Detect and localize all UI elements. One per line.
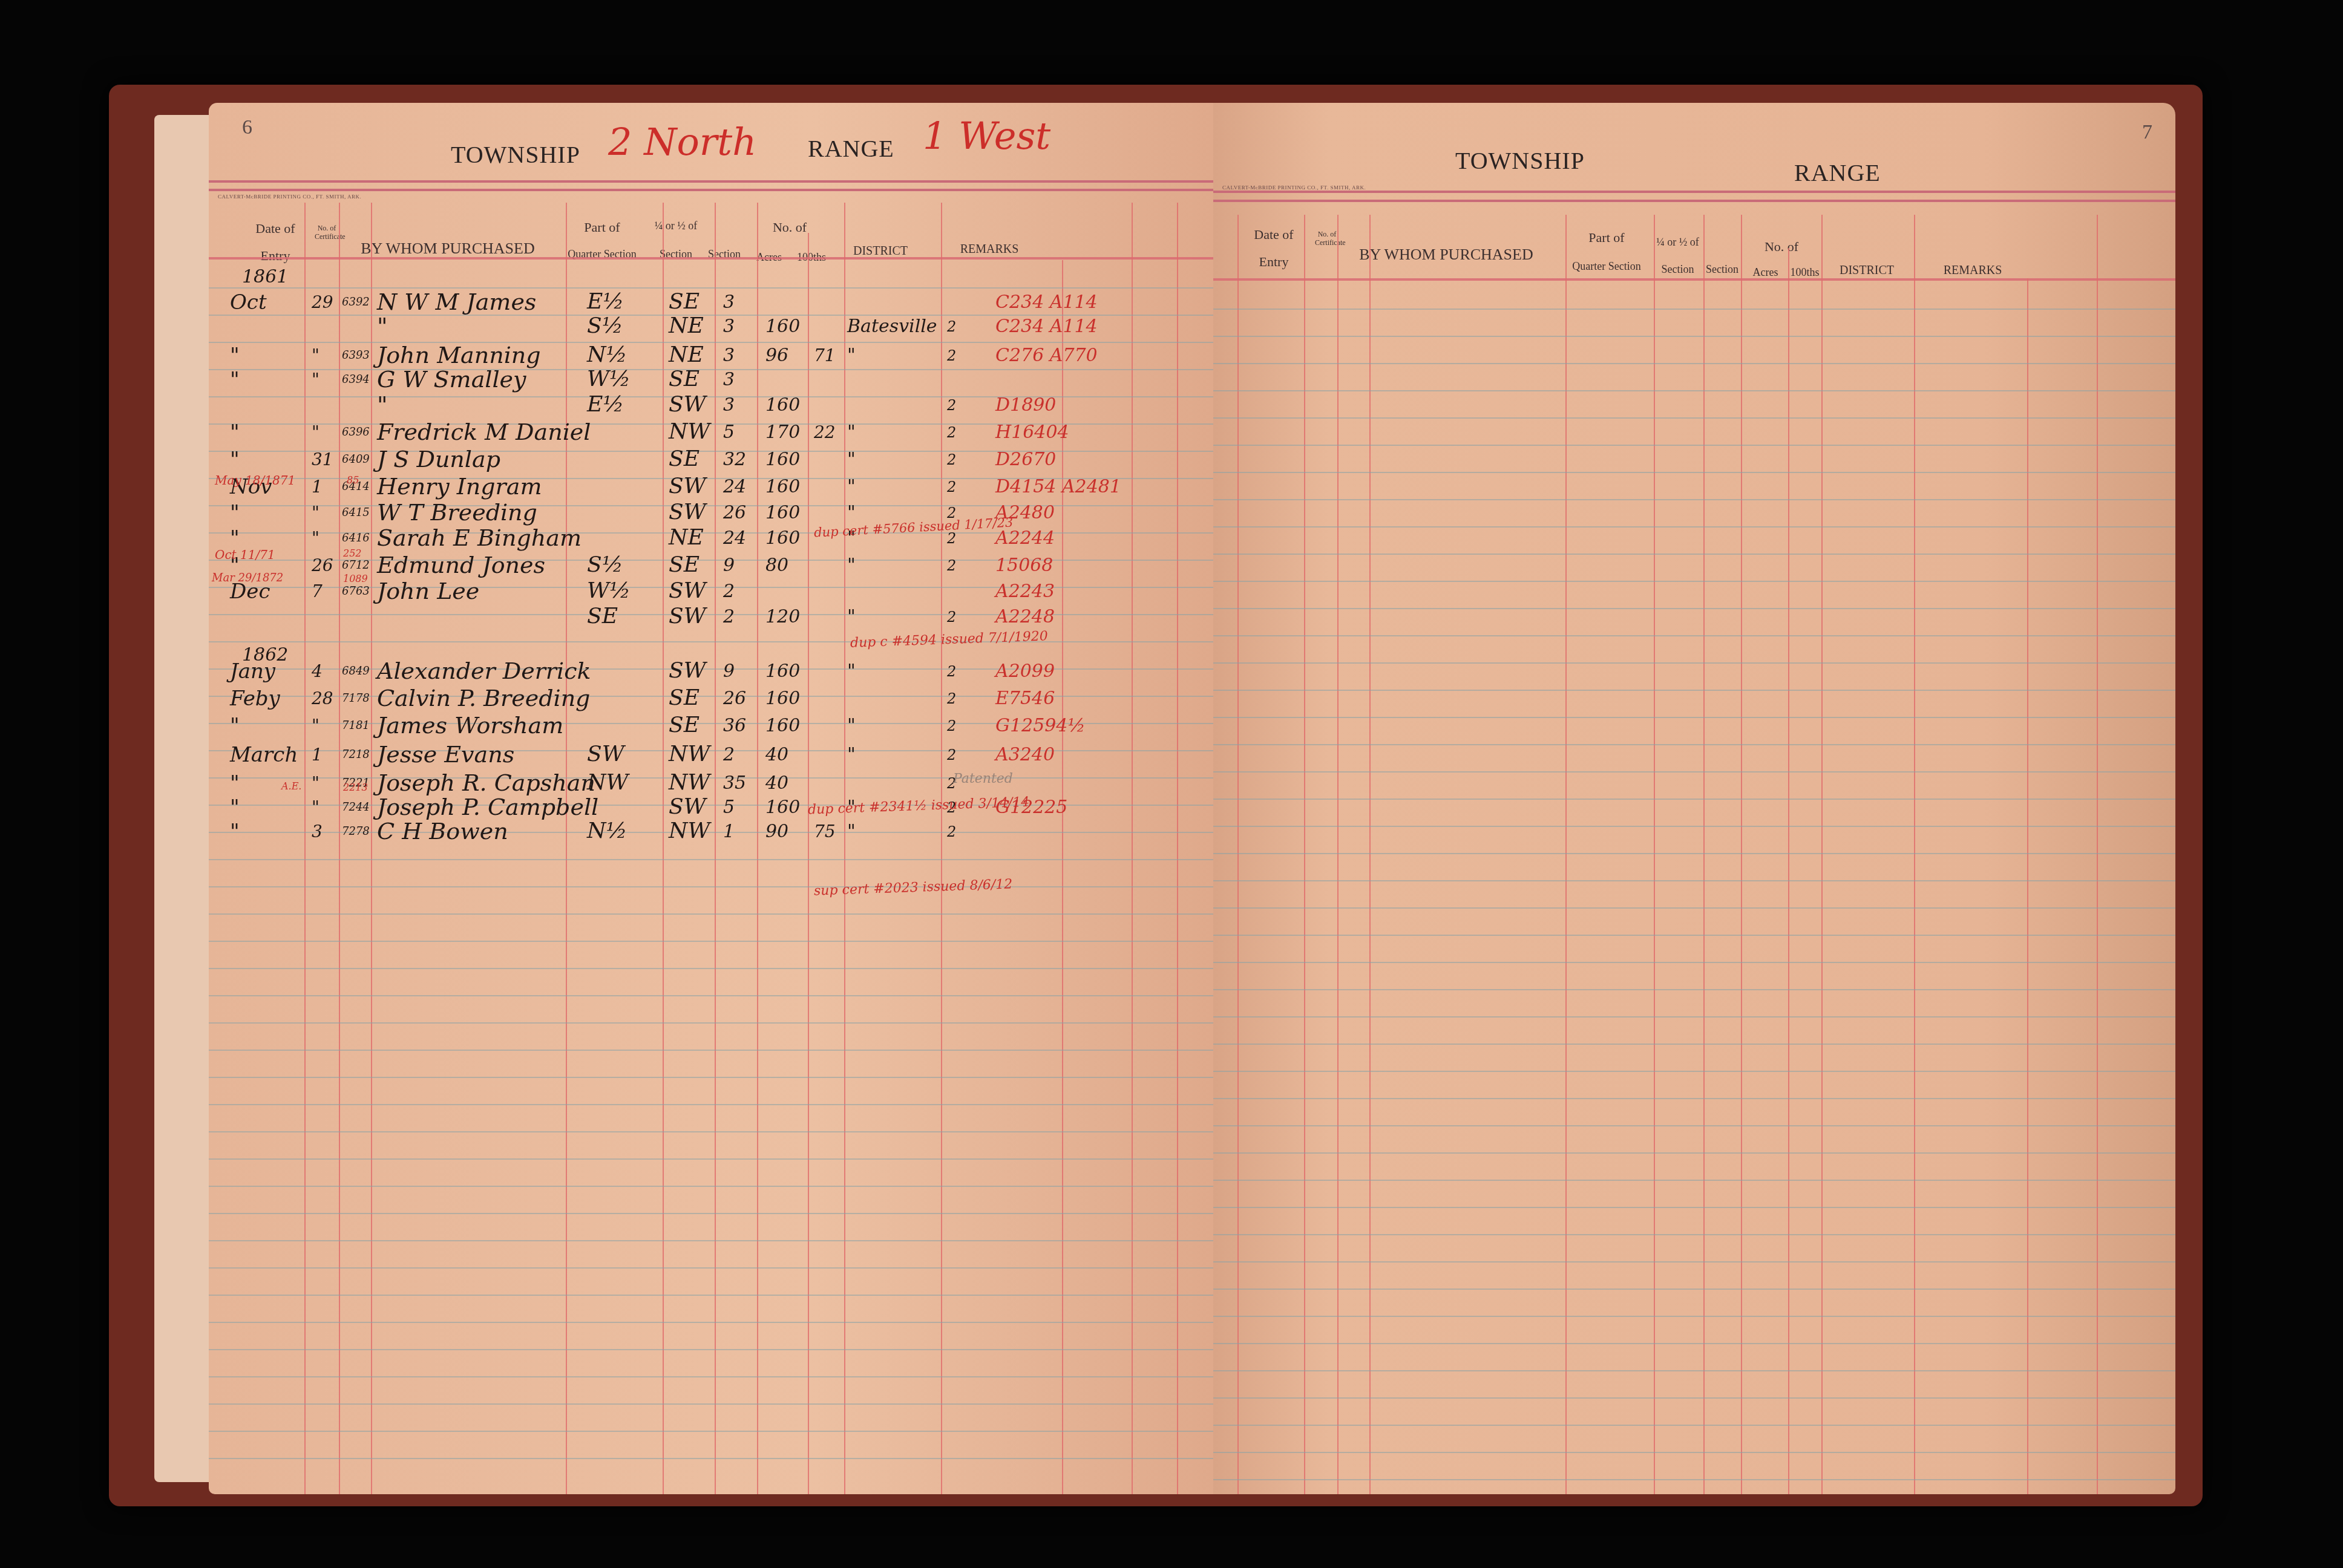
ruled-line (1213, 690, 2175, 691)
acres: 160 (765, 316, 800, 337)
ruled-line (1213, 1180, 2175, 1181)
right-page: 7 TOWNSHIP RANGE CALVERT-McBRIDE PRINTIN… (1213, 103, 2175, 1494)
purchaser-name: J S Dunlap (377, 446, 500, 472)
purchaser-name: N W M James (377, 289, 536, 315)
ruled-line (1213, 1479, 2175, 1480)
section-number: 26 (723, 502, 746, 523)
column-divider (1654, 215, 1655, 1494)
district: " (847, 821, 856, 842)
entry-month: " (230, 795, 240, 820)
remark: 2 (947, 609, 956, 626)
part-of-quarter: NW (587, 770, 629, 795)
quarter-section: NW (669, 419, 710, 444)
ruled-line (1213, 417, 2175, 419)
remark: 2 (947, 479, 956, 495)
ruled-line (209, 396, 1213, 397)
certificate-number: 6393 (342, 349, 370, 362)
header-rule (1213, 200, 2175, 202)
quarter-section: NE (669, 342, 704, 367)
section-number: 3 (723, 369, 735, 390)
purchaser-name: Alexander Derrick (377, 658, 591, 684)
acres: 160 (765, 502, 800, 523)
col-quarter-half: ¼ or ½ of (1652, 236, 1703, 249)
purchaser-name: Calvin P. Breeding (377, 685, 590, 711)
part-of-quarter: S½ (587, 313, 623, 338)
section-number: 3 (723, 345, 735, 366)
left-page: 6 TOWNSHIP 2 North RANGE 1 West CALVERT-… (209, 103, 1213, 1494)
quarter-section: NE (669, 525, 704, 550)
entry-day: 26 (312, 555, 333, 575)
margin-cert-dunlap: 252 (343, 547, 362, 559)
column-divider (1304, 215, 1305, 1494)
section-number: 26 (723, 688, 746, 709)
purchaser-name: " (377, 391, 387, 418)
col-purchaser: BY WHOM PURCHASED (1346, 245, 1546, 264)
ruled-line (1213, 1425, 2175, 1426)
reference-code: 15068 (995, 555, 1053, 576)
ruled-line (1213, 1044, 2175, 1045)
acres: 96 (765, 345, 788, 366)
part-of-quarter: W½ (587, 578, 631, 603)
certificate-number: 6763 (342, 585, 370, 598)
ruled-line (1213, 1397, 2175, 1399)
ruled-line (1213, 390, 2175, 391)
purchaser-name: Sarah E Bingham (377, 524, 582, 551)
ruled-line (209, 1295, 1213, 1296)
header-rule (209, 180, 1213, 183)
acres: 160 (765, 476, 800, 497)
certificate-number: 6394 (342, 373, 370, 386)
certificate-number: 6409 (342, 453, 370, 466)
col-hundredths: 100ths (1788, 266, 1821, 279)
col-part-of: Part of (560, 220, 644, 235)
purchaser-name: Joseph R. Capshan (377, 769, 595, 796)
reference-code: C276 A770 (995, 345, 1098, 366)
entry-day: " (312, 503, 319, 523)
remark: 2 (947, 318, 956, 335)
reference-code: A2243 (995, 581, 1055, 602)
printer-imprint: CALVERT-McBRIDE PRINTING CO., FT. SMITH,… (1222, 185, 1366, 191)
ruled-line (209, 1376, 1213, 1377)
quarter-section: SE (669, 685, 700, 710)
reference-code: E7546 (995, 688, 1055, 709)
ruled-line (209, 1458, 1213, 1459)
col-quarter-section: Quarter Section (1564, 260, 1649, 273)
section-number: 9 (723, 555, 735, 576)
district: " (847, 476, 856, 497)
printer-imprint: CALVERT-McBRIDE PRINTING CO., FT. SMITH,… (218, 194, 361, 200)
ruled-line (1213, 445, 2175, 446)
entry-day: 28 (312, 688, 333, 708)
ruled-line (1213, 826, 2175, 827)
entry-day: 1 (312, 745, 323, 765)
quarter-section: SW (669, 392, 706, 417)
column-headers: Date of Entry No. of Certificate BY WHOM… (1213, 212, 2175, 369)
range-label: RANGE (1794, 158, 1881, 187)
ruled-line (1213, 526, 2175, 528)
purchaser-name: Jesse Evans (377, 741, 514, 768)
remark: 2 (947, 424, 956, 441)
col-cert: No. of Certificate (1315, 230, 1339, 247)
ruled-line (1213, 472, 2175, 473)
certificate-number: 6416 (342, 532, 370, 544)
acres: 40 (765, 773, 788, 794)
entry-day: " (312, 797, 319, 817)
district: Batesville (847, 316, 937, 337)
certificate-number: 6392 (342, 296, 370, 309)
column-divider (808, 233, 809, 1494)
certificate-number: 7218 (342, 748, 370, 761)
acres: 160 (765, 394, 800, 416)
purchaser-name: Joseph P. Campbell (377, 794, 598, 820)
acres: 90 (765, 821, 788, 842)
col-part-of: Part of (1564, 230, 1649, 246)
column-divider (1914, 215, 1915, 1494)
quarter-section: SW (669, 500, 706, 524)
entry-month: " (230, 820, 240, 844)
section-number: 3 (723, 292, 735, 313)
reference-code: A2248 (995, 606, 1055, 627)
purchaser-name: G W Smalley (377, 366, 526, 393)
ruled-line (1213, 880, 2175, 881)
quarter-section: SW (669, 604, 706, 629)
ruled-line (209, 1349, 1213, 1350)
part-of-quarter: E½ (587, 392, 624, 417)
part-of-quarter: W½ (587, 367, 631, 391)
entry-month: " (230, 501, 240, 525)
quarter-section: NW (669, 818, 710, 843)
certificate-number: 7244 (342, 801, 370, 814)
certificate-number: 7278 (342, 825, 370, 838)
section-number: 32 (723, 449, 746, 470)
margin-cert-ingram: 1089 (343, 573, 368, 584)
col-date-of: Date of (242, 221, 309, 237)
certificate-number: 6415 (342, 506, 370, 519)
purchaser-name: Fredrick M Daniel (377, 419, 591, 445)
margin-cert-breeding: 2213 (343, 782, 368, 793)
acres: 170 (765, 422, 800, 443)
col-district: DISTRICT (835, 244, 926, 258)
quarter-section: NW (669, 742, 710, 766)
purchaser-name: John Lee (377, 578, 479, 604)
column-divider (1062, 260, 1063, 1494)
ruled-line (1213, 717, 2175, 718)
header-rule (209, 189, 1213, 191)
ruled-line (1213, 853, 2175, 854)
entry-day: 3 (312, 822, 323, 841)
entry-day: 29 (312, 292, 333, 312)
entry-month: Feby (230, 687, 280, 711)
annotation-bingham: dup c #4594 issued 7/1/1920 (850, 629, 1048, 650)
ruled-line (209, 859, 1213, 860)
acres: 160 (765, 797, 800, 818)
remark: 2 (947, 451, 956, 468)
township-label: TOWNSHIP (1455, 146, 1585, 175)
ruled-line (1213, 962, 2175, 963)
margin-cert-smalley: 85 (347, 474, 359, 486)
reference-code: D2670 (995, 449, 1056, 470)
acres-hundredths: 75 (814, 822, 836, 841)
acres: 120 (765, 606, 800, 627)
district: " (847, 715, 856, 736)
district: " (847, 345, 856, 366)
reference-code: C234 A114 (995, 292, 1098, 313)
ruled-line (1213, 1370, 2175, 1371)
column-divider (1237, 215, 1239, 1494)
reference-code: A3240 (995, 744, 1055, 765)
column-divider (1369, 215, 1371, 1494)
reference-code: D4154 A2481 (995, 476, 1121, 497)
col-no-of: No. of (1743, 239, 1820, 255)
quarter-section: SW (669, 578, 706, 603)
section-number: 9 (723, 661, 735, 682)
purchaser-name: Henry Ingram (377, 473, 542, 500)
header-rule (1213, 191, 2175, 193)
acres: 160 (765, 715, 800, 736)
ruled-line (1213, 989, 2175, 990)
ruled-line (1213, 1125, 2175, 1126)
entry-day: 1 (312, 477, 323, 497)
part-of-quarter: SE (587, 604, 618, 629)
purchaser-name: C H Bowen (377, 818, 508, 844)
ruled-line (1213, 1289, 2175, 1290)
section-number: 24 (723, 476, 746, 497)
entry-month: Oct (230, 290, 267, 315)
column-divider (1703, 215, 1705, 1494)
entry-month: " (230, 420, 240, 445)
acres-hundredths: 71 (814, 345, 836, 365)
entry-day: " (312, 528, 319, 548)
ruled-line (209, 1213, 1213, 1214)
entry-day: " (312, 716, 319, 736)
entry-month: " (230, 448, 240, 472)
ruled-line (209, 886, 1213, 887)
reference-code: A2244 (995, 528, 1055, 549)
col-district: DISTRICT (1821, 263, 1912, 278)
section-number: 1 (723, 821, 735, 842)
quarter-section: SE (669, 367, 700, 391)
ruled-line (1213, 581, 2175, 582)
district: " (847, 502, 856, 523)
acres-hundredths: 22 (814, 422, 836, 442)
entry-day: 7 (312, 581, 323, 601)
page-number: 7 (2142, 121, 2152, 144)
ruled-line (1213, 554, 2175, 555)
ruled-line (1213, 744, 2175, 745)
ruled-line (1213, 1234, 2175, 1235)
section-number: 5 (723, 422, 735, 443)
quarter-section: NW (669, 770, 710, 795)
quarter-section: SE (669, 446, 700, 471)
purchaser-name: W T Breeding (377, 499, 537, 526)
annotation-derrick: Patented (953, 771, 1013, 786)
range-label: RANGE (808, 134, 894, 163)
column-divider (1788, 248, 1789, 1494)
section-number: 2 (723, 581, 735, 602)
purchaser-name: John Manning (377, 342, 541, 368)
part-of-quarter: S½ (587, 552, 623, 577)
col-acres: Acres (1743, 266, 1788, 279)
ruled-line (1213, 499, 2175, 500)
entry-month: " (230, 368, 240, 392)
ruled-line (1213, 1261, 2175, 1263)
entry-month: " (230, 714, 240, 738)
quarter-section: SW (669, 658, 706, 683)
ruled-line (1213, 799, 2175, 800)
column-divider (1741, 215, 1742, 1494)
acres: 160 (765, 688, 800, 709)
ruled-line (1213, 1343, 2175, 1344)
quarter-section: NE (669, 313, 704, 338)
page-number: 6 (242, 116, 252, 139)
remark: 2 (947, 397, 956, 414)
quarter-section: SE (669, 289, 700, 314)
entry-day: " (312, 345, 319, 365)
part-of-quarter: N½ (587, 342, 627, 367)
col-cert: No. of Certificate (315, 224, 339, 241)
quarter-section: SE (669, 713, 700, 737)
margin-note-ingram: Mar 29/1872 (212, 572, 283, 584)
reference-code: G12594½ (995, 715, 1085, 736)
ruled-line (1213, 1316, 2175, 1317)
col-purchaser: BY WHOM PURCHASED (348, 239, 548, 258)
remark: 2 (947, 746, 956, 763)
section-number: 24 (723, 528, 746, 549)
ruled-line (1213, 907, 2175, 909)
acres: 80 (765, 555, 788, 576)
ruled-line (209, 968, 1213, 969)
certificate-number: 6712 (342, 559, 370, 572)
column-divider (2027, 278, 2028, 1494)
ruled-line (1213, 1452, 2175, 1453)
col-section-b: Section (1703, 263, 1741, 276)
entry-month: " (230, 526, 240, 550)
page-edges (154, 115, 212, 1482)
township-value: 2 North (608, 120, 756, 164)
ruled-line (209, 1431, 1213, 1432)
column-divider (2097, 215, 2098, 1494)
ruled-line (209, 941, 1213, 942)
acres: 160 (765, 661, 800, 682)
entry-day: " (312, 370, 319, 390)
part-of-quarter: E½ (587, 289, 624, 314)
quarter-section: SW (669, 474, 706, 498)
ruled-line (209, 1050, 1213, 1051)
ruled-line (1213, 1016, 2175, 1018)
remark: 2 (947, 823, 956, 840)
acres: 40 (765, 744, 788, 765)
column-divider (1565, 215, 1567, 1494)
purchaser-name: James Worsham (377, 712, 563, 739)
entry-day: 4 (312, 661, 323, 681)
column-divider (1337, 215, 1339, 1494)
col-entry: Entry (1240, 254, 1307, 270)
certificate-number: 6849 (342, 665, 370, 678)
ruled-line (1213, 662, 2175, 664)
ruled-line (209, 1131, 1213, 1132)
purchaser-name: " (377, 313, 387, 339)
acres: 160 (765, 528, 800, 549)
part-of-quarter: N½ (587, 818, 627, 843)
quarter-section: SE (669, 552, 700, 577)
header-bottom-rule (1213, 278, 2175, 281)
col-remarks: REMARKS (1915, 263, 2030, 278)
reference-code: H16404 (995, 422, 1069, 443)
certificate-number: 7181 (342, 719, 370, 732)
entry-month: " (230, 771, 240, 795)
ruled-line (1213, 1098, 2175, 1099)
remark: 2 (947, 347, 956, 364)
ruled-line (1213, 635, 2175, 636)
range-value: 1 West (923, 114, 1050, 158)
purchaser-name: Edmund Jones (377, 552, 545, 578)
section-number: 3 (723, 394, 735, 416)
remark: 2 (947, 663, 956, 680)
ruled-line (1213, 608, 2175, 609)
ruled-line (209, 913, 1213, 915)
ruled-line (209, 1022, 1213, 1024)
entry-month: " (230, 344, 240, 368)
part-of-quarter: SW (587, 742, 624, 766)
entry-day: " (312, 773, 319, 793)
ruled-line (209, 1158, 1213, 1160)
district: " (847, 744, 856, 765)
section-number: 36 (723, 715, 746, 736)
district: " (847, 555, 856, 576)
ruled-line (1213, 1207, 2175, 1208)
district: " (847, 449, 856, 470)
reference-code: A2099 (995, 661, 1055, 682)
quarter-section: SW (669, 794, 706, 819)
ruled-line (209, 614, 1213, 615)
ruled-line (1213, 1071, 2175, 1072)
margin-note-smalley: May 18/1871 (215, 473, 295, 488)
ruled-line (1213, 935, 2175, 936)
entry-day: " (312, 422, 319, 442)
remark: 2 (947, 690, 956, 707)
remark: 2 (947, 557, 956, 574)
acres: 160 (765, 449, 800, 470)
ruled-line (209, 1322, 1213, 1323)
col-quarter-half: ¼ or ½ of (649, 220, 703, 233)
ruled-line (1213, 771, 2175, 773)
ruled-line (209, 451, 1213, 452)
year-1861: 1861 (242, 266, 288, 287)
col-entry: Entry (242, 248, 309, 264)
ruled-line (209, 641, 1213, 642)
ruled-line (209, 1077, 1213, 1078)
district: " (847, 661, 856, 682)
col-date-of: Date of (1240, 227, 1307, 243)
reference-code: C234 A114 (995, 316, 1098, 337)
ruled-line (1213, 363, 2175, 364)
ruled-line (209, 369, 1213, 370)
ruled-line (209, 1186, 1213, 1187)
ruled-line (209, 1240, 1213, 1241)
col-section-a: Section (1652, 263, 1703, 276)
remark: 2 (947, 717, 956, 734)
ruled-line (209, 1403, 1213, 1405)
ruled-line (209, 342, 1213, 343)
ruled-line (1213, 309, 2175, 310)
col-no-of: No. of (747, 220, 832, 235)
entry-month: March (230, 743, 298, 767)
ruled-line (1213, 336, 2175, 337)
district: " (847, 422, 856, 443)
section-number: 35 (723, 773, 746, 794)
ruled-line (209, 1104, 1213, 1105)
section-number: 5 (723, 797, 735, 818)
